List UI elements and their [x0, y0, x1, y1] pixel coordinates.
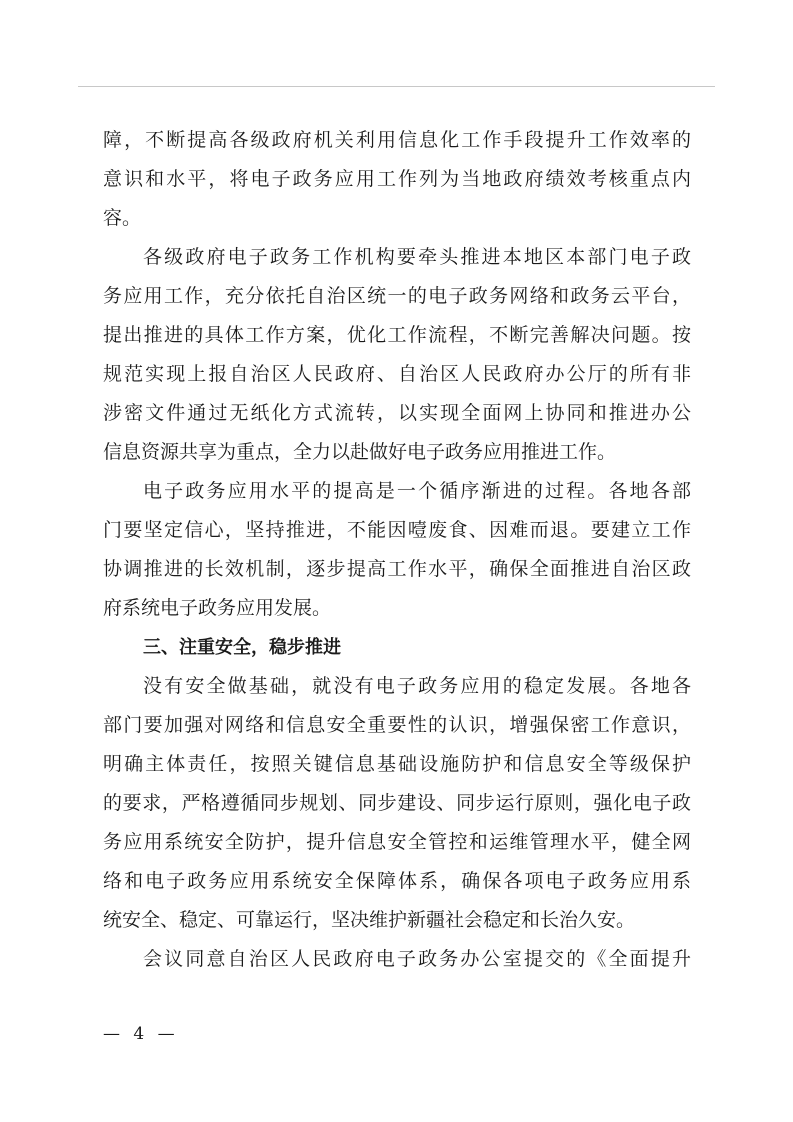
- text-line: 的要求，严格遵循同步规划、同步建设、同步运行原则，强化电子政: [103, 784, 691, 823]
- page-number: — 4 —: [103, 1024, 179, 1044]
- text-line: 容。: [103, 199, 691, 238]
- document-body: 障，不断提高各级政府机关利用信息化工作手段提升工作效率的 意识和水平，将电子政务…: [103, 121, 691, 979]
- text-line: 没有安全做基础，就没有电子政务应用的稳定发展。各地各: [103, 667, 691, 706]
- text-line: 府系统电子政务应用发展。: [103, 589, 691, 628]
- text-line: 明确主体责任，按照关键信息基础设施防护和信息安全等级保护: [103, 745, 691, 784]
- text-line: 务应用工作，充分依托自治区统一的电子政务网络和政务云平台，: [103, 277, 691, 316]
- text-line: 障，不断提高各级政府机关利用信息化工作手段提升工作效率的: [103, 121, 691, 160]
- text-line: 部门要加强对网络和信息安全重要性的认识，增强保密工作意识，: [103, 706, 691, 745]
- text-line: 信息资源共享为重点，全力以赴做好电子政务应用推进工作。: [103, 433, 691, 472]
- text-line: 务应用系统安全防护，提升信息安全管控和运维管理水平，健全网: [103, 823, 691, 862]
- text-line: 协调推进的长效机制，逐步提高工作水平，确保全面推进自治区政: [103, 550, 691, 589]
- text-line: 络和电子政务应用系统安全保障体系，确保各项电子政务应用系: [103, 862, 691, 901]
- text-line: 各级政府电子政务工作机构要牵头推进本地区本部门电子政: [103, 238, 691, 277]
- text-line: 涉密文件通过无纸化方式流转，以实现全面网上协同和推进办公: [103, 394, 691, 433]
- section-heading: 三、注重安全，稳步推进: [103, 628, 691, 667]
- text-line: 意识和水平，将电子政务应用工作列为当地政府绩效考核重点内: [103, 160, 691, 199]
- header-rule: [78, 86, 715, 87]
- text-line: 提出推进的具体工作方案，优化工作流程，不断完善解决问题。按: [103, 316, 691, 355]
- text-line: 规范实现上报自治区人民政府、自治区人民政府办公厅的所有非: [103, 355, 691, 394]
- text-line: 电子政务应用水平的提高是一个循序渐进的过程。各地各部: [103, 472, 691, 511]
- text-line: 会议同意自治区人民政府电子政务办公室提交的《全面提升: [103, 940, 691, 979]
- text-line: 门要坚定信心，坚持推进，不能因噎废食、因难而退。要建立工作: [103, 511, 691, 550]
- text-line: 统安全、稳定、可靠运行，坚决维护新疆社会稳定和长治久安。: [103, 901, 691, 940]
